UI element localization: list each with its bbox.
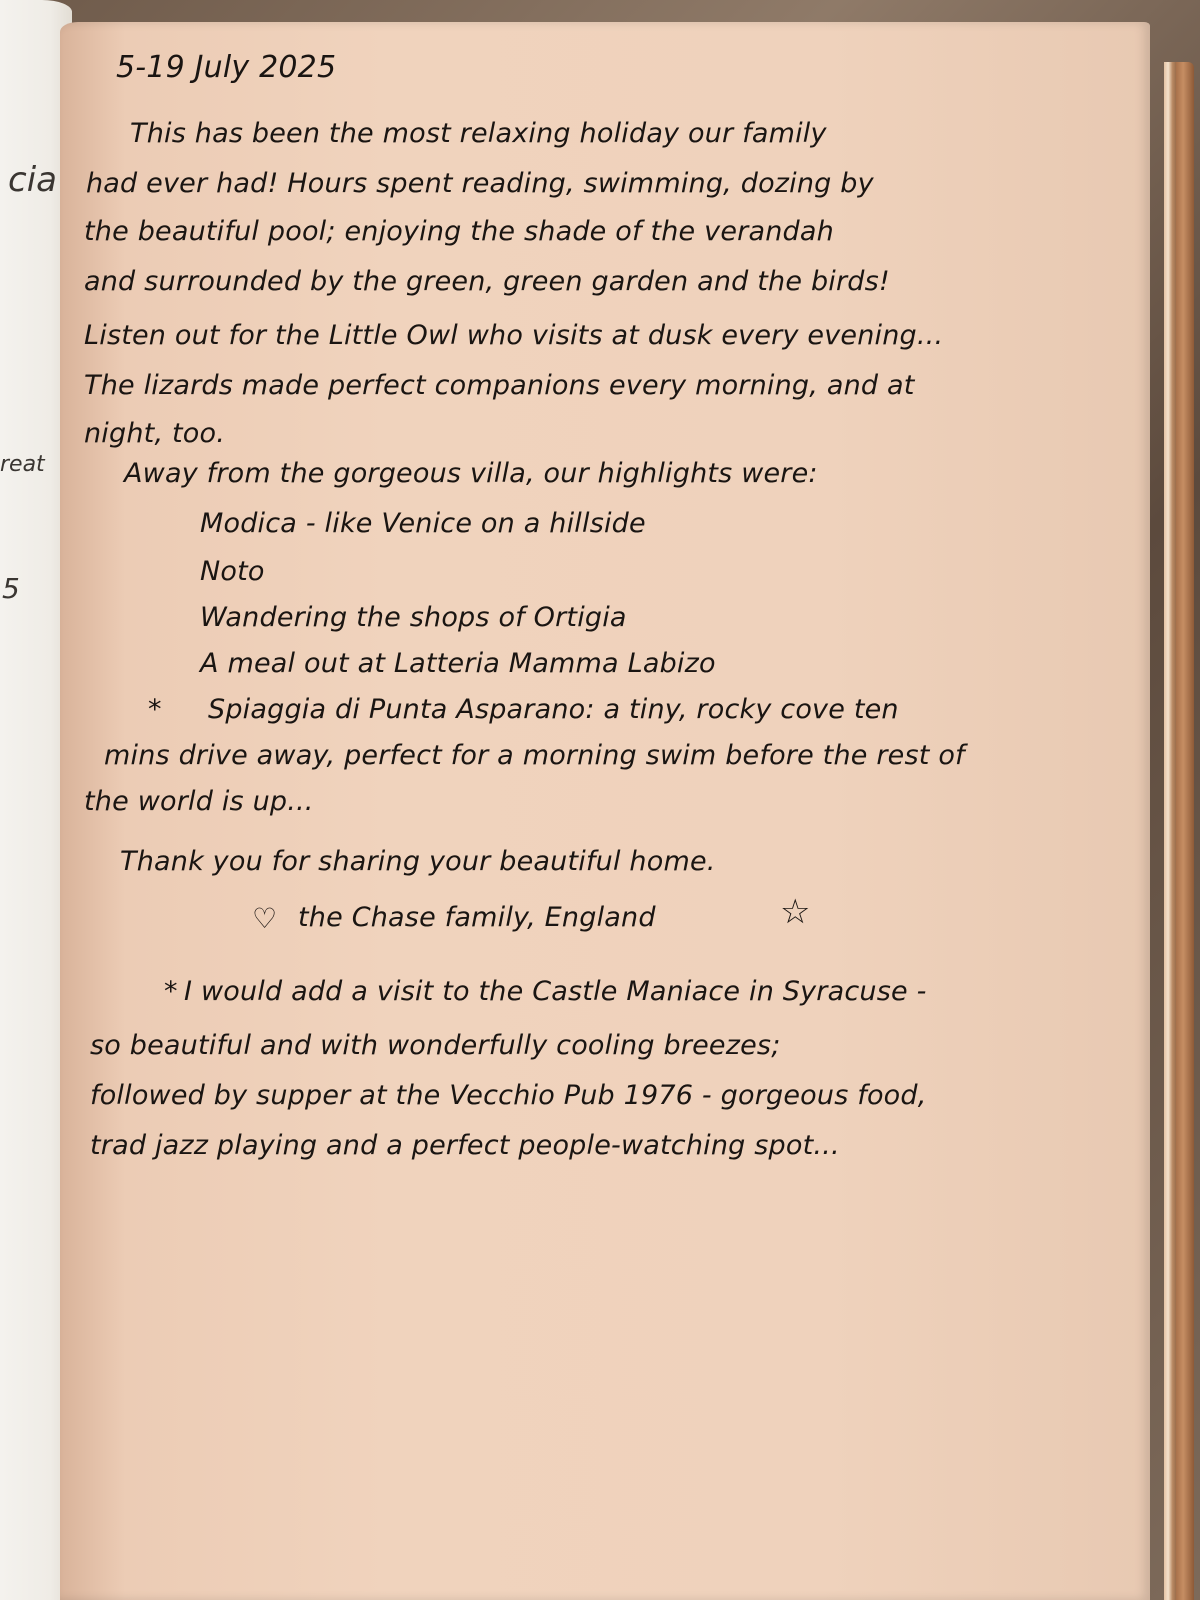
body-line: Listen out for the Little Owl who visits… bbox=[84, 320, 943, 351]
left-page-fragment: 5 bbox=[2, 572, 20, 605]
addendum-line: so beautiful and with wonderfully coolin… bbox=[90, 1030, 780, 1061]
thank-you-line: Thank you for sharing your beautiful hom… bbox=[120, 846, 716, 877]
body-line: night, too. bbox=[84, 418, 225, 449]
starred-note-line: the world is up... bbox=[84, 786, 314, 817]
left-page-fragment: cia bbox=[8, 160, 57, 200]
body-line: the beautiful pool; enjoying the shade o… bbox=[84, 216, 834, 247]
signature: the Chase family, England bbox=[298, 902, 656, 933]
highlight-item: Wandering the shops of Ortigia bbox=[200, 602, 627, 633]
addendum-line: I would add a visit to the Castle Maniac… bbox=[184, 976, 927, 1007]
highlight-item: Noto bbox=[200, 556, 265, 587]
book-cover-edge bbox=[1176, 62, 1194, 1600]
asterisk-marker: * bbox=[164, 976, 178, 1007]
heart-icon: ♡ bbox=[252, 902, 277, 935]
highlight-item: Modica - like Venice on a hillside bbox=[200, 508, 646, 539]
body-line: and surrounded by the green, green garde… bbox=[84, 266, 890, 297]
star-icon: ☆ bbox=[780, 892, 811, 932]
entry-date: 5-19 July 2025 bbox=[116, 50, 336, 85]
body-line: The lizards made perfect companions ever… bbox=[84, 370, 915, 401]
addendum-line: followed by supper at the Vecchio Pub 19… bbox=[90, 1080, 927, 1111]
highlight-item: A meal out at Latteria Mamma Labizo bbox=[200, 648, 716, 679]
asterisk-marker: * bbox=[148, 694, 162, 725]
starred-note-line: mins drive away, perfect for a morning s… bbox=[104, 740, 965, 771]
highlights-intro: Away from the gorgeous villa, our highli… bbox=[124, 458, 818, 489]
left-page-fragment: reat bbox=[0, 452, 45, 477]
body-line: This has been the most relaxing holiday … bbox=[130, 118, 827, 149]
body-line: had ever had! Hours spent reading, swimm… bbox=[86, 168, 874, 199]
starred-note-line: Spiaggia di Punta Asparano: a tiny, rock… bbox=[208, 694, 899, 725]
addendum-line: trad jazz playing and a perfect people-w… bbox=[90, 1130, 840, 1161]
